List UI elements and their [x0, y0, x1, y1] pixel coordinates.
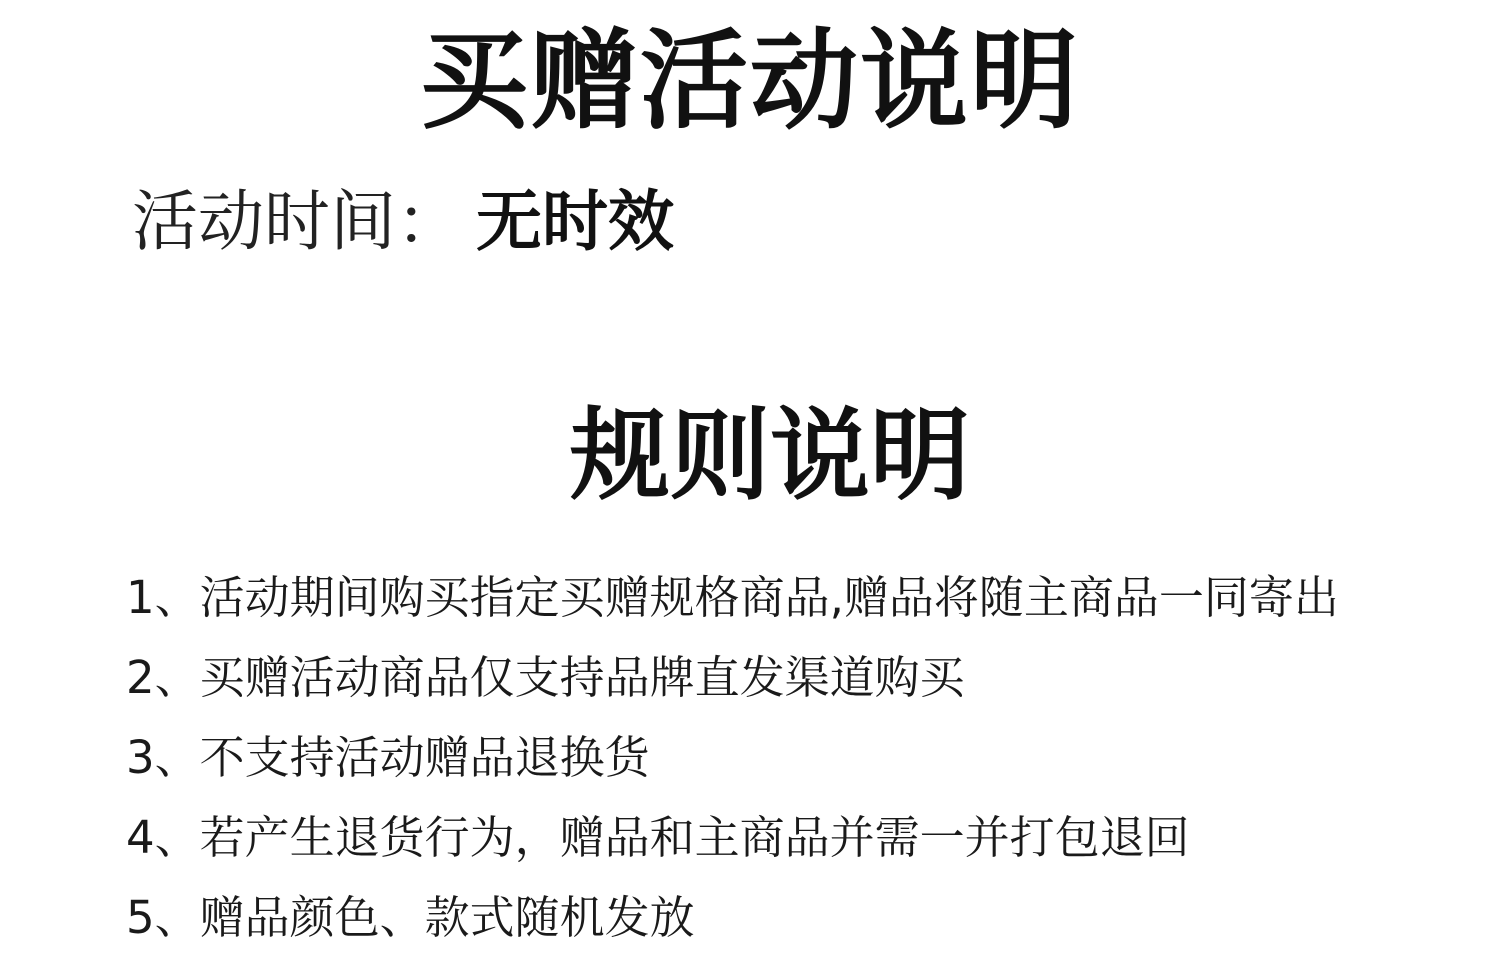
activity-period-value: 无时效 — [476, 183, 674, 260]
rule-item: 2、买赠活动商品仅支持品牌直发渠道购买 — [126, 638, 1339, 718]
activity-period-label: 活动时间： — [132, 183, 462, 260]
rules-title: 规则说明 — [0, 398, 1500, 514]
rule-item: 4、若产生退货行为，赠品和主商品并需一并打包退回 — [126, 798, 1339, 878]
rule-item: 3、不支持活动赠品退换货 — [126, 718, 1339, 798]
rules-list: 1、活动期间购买指定买赠规格商品,赠品将随主商品一同寄出 2、买赠活动商品仅支持… — [126, 558, 1339, 958]
rule-item: 1、活动期间购买指定买赠规格商品,赠品将随主商品一同寄出 — [126, 558, 1339, 638]
activity-period: 活动时间：无时效 — [132, 182, 674, 262]
page-title: 买赠活动说明 — [0, 22, 1500, 142]
rule-item: 5、赠品颜色、款式随机发放 — [126, 878, 1339, 958]
